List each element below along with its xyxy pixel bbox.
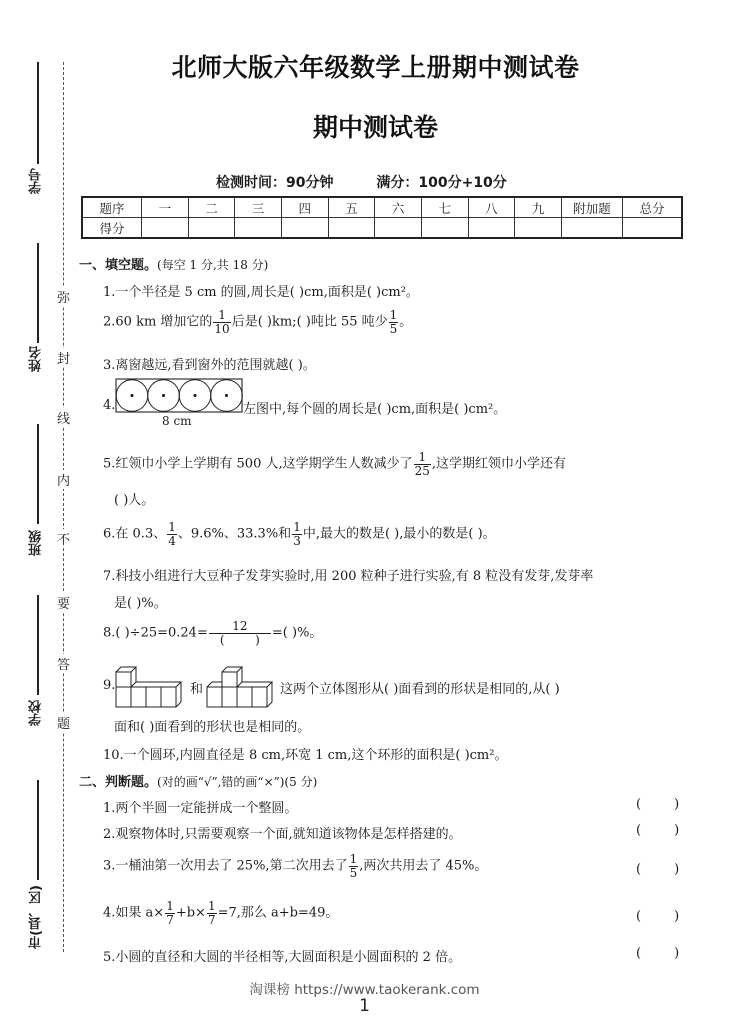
four-circles-figure	[115, 378, 243, 414]
denominator: 10	[213, 323, 230, 336]
q-text: ,这学期红领巾小学还有	[432, 457, 566, 472]
student-id-line[interactable]	[37, 62, 39, 164]
fraction: 110	[213, 309, 230, 335]
header-cell: 题序	[82, 197, 142, 218]
fill-q6: 6.在 0.3、14、9.6%、33.3%和13中,最大的数是( ),最小的数是…	[103, 521, 496, 547]
score-cell[interactable]	[468, 218, 515, 239]
q-text: 后是( )km;( )吨比 55 吨少	[232, 315, 388, 330]
seal-char: 题	[55, 713, 72, 732]
field-name: 姓名	[27, 346, 46, 372]
q-text: 3.一桶油第一次用去了 25%,第二次用去了	[103, 859, 348, 874]
header-cell: 八	[468, 197, 515, 218]
fill-q2: 2.60 km 增加它的110后是( )km;( )吨比 55 吨少15。	[103, 309, 412, 335]
seal-dashed-line	[63, 62, 64, 952]
judge-q5: 5.小圆的直径和大圆的半径相等,大圆面积是小圆面积的 2 倍。	[103, 946, 461, 965]
numerator: 1	[389, 309, 399, 323]
seal-char: 答	[55, 654, 72, 673]
seal-char: 要	[55, 593, 72, 612]
school-line[interactable]	[37, 595, 39, 695]
q-text: 5.红领巾小学上学期有 500 人,这学期学生人数减少了	[103, 457, 413, 472]
q-text: 2.60 km 增加它的	[103, 315, 212, 330]
denominator: 7	[207, 914, 217, 927]
fill-q5: 5.红领巾小学上学期有 500 人,这学期学生人数减少了125,这学期红领巾小学…	[103, 451, 566, 477]
q-text: +b×	[176, 906, 206, 921]
denominator: 5	[389, 323, 399, 336]
header-cell: 七	[421, 197, 468, 218]
fraction: 13	[292, 521, 302, 547]
field-student-id: 学号	[27, 168, 46, 194]
score-cell[interactable]	[188, 218, 235, 239]
q-text: =( )%。	[272, 626, 323, 641]
q-text: 8.( )÷25=0.24=	[103, 626, 208, 641]
denominator: 25	[414, 465, 431, 478]
header-cell: 五	[328, 197, 375, 218]
field-school: 学校	[27, 700, 46, 726]
q-text: ,两次共用去了 45%。	[359, 859, 487, 874]
q-text: =7,那么 a+b=49。	[218, 906, 339, 921]
score-cell[interactable]	[623, 218, 683, 239]
header-cell: 附加题	[562, 197, 623, 218]
answer-blank-2[interactable]: ( )	[636, 823, 679, 838]
page-number: 1	[0, 996, 729, 1016]
section-2-heading: 二、判断题。(对的画“√”,错的画“×”)(5 分)	[79, 771, 317, 790]
denominator: 5	[349, 867, 359, 880]
exam-meta: 检测时间：90分钟 满分：100分+10分	[216, 172, 545, 192]
q-text: 4.如果 a×	[103, 906, 164, 921]
header-cell: 六	[375, 197, 422, 218]
q-text: 。	[399, 315, 412, 330]
fill-q3: 3.离窗越远,看到窗外的范围就越( )。	[103, 354, 316, 373]
section-title: 一、填空题。	[79, 258, 157, 273]
fraction: 17	[207, 900, 217, 926]
numerator: 1	[207, 900, 217, 914]
header-cell: 四	[281, 197, 328, 218]
score-cell[interactable]	[562, 218, 623, 239]
numerator: 1	[165, 900, 175, 914]
fill-q9-and: 和	[190, 678, 203, 697]
judge-q4: 4.如果 a×17+b×17=7,那么 a+b=49。	[103, 900, 338, 926]
exam-time: 检测时间：90分钟	[216, 175, 333, 191]
header-cell: 一	[142, 197, 189, 218]
fill-q8: 8.( )÷25=0.24=12( )=( )%。	[103, 620, 322, 646]
fraction: 15	[389, 309, 399, 335]
judge-q3: 3.一桶油第一次用去了 25%,第二次用去了15,两次共用去了 45%。	[103, 853, 487, 879]
score-table-score-row: 得分	[82, 218, 682, 239]
fill-q5-cont: ( )人。	[114, 489, 154, 508]
score-cell[interactable]	[328, 218, 375, 239]
score-cell[interactable]	[142, 218, 189, 239]
q-text: 6.在 0.3、	[103, 527, 166, 542]
exam-full-score: 满分：100分+10分	[376, 175, 506, 191]
section-title: 二、判断题。	[79, 775, 157, 790]
watermark: 淘课榜 https://www.taokerank.com	[0, 978, 729, 998]
section-note: (每空 1 分,共 18 分)	[157, 258, 268, 272]
exam-title: 北师大版六年级数学上册期中测试卷	[0, 48, 729, 84]
denominator: 4	[167, 535, 177, 548]
header-cell: 九	[515, 197, 562, 218]
answer-blank-1[interactable]: ( )	[636, 797, 679, 812]
q-text: 、9.6%、33.3%和	[178, 527, 291, 542]
seal-char: 不	[55, 529, 72, 548]
fraction: 15	[349, 853, 359, 879]
exam-subtitle: 期中测试卷	[0, 108, 729, 144]
fill-q4: 左图中,每个圆的周长是( )cm,面积是( )cm²。	[243, 398, 506, 417]
score-table: 题序 一 二 三 四 五 六 七 八 九 附加题 总分 得分	[81, 196, 683, 239]
score-table-header-row: 题序 一 二 三 四 五 六 七 八 九 附加题 总分	[82, 197, 682, 218]
row-label: 得分	[82, 218, 142, 239]
field-class: 班级	[27, 530, 46, 556]
numerator: 1	[414, 451, 431, 465]
cube-figure-b	[205, 664, 287, 710]
numerator: 1	[213, 309, 230, 323]
numerator: 1	[349, 853, 359, 867]
seal-char: 线	[55, 408, 72, 427]
answer-blank-5[interactable]: ( )	[636, 946, 679, 961]
judge-q1: 1.两个半圆一定能拼成一个整圆。	[103, 797, 297, 816]
judge-q2: 2.观察物体时,只需要观察一个面,就知道该物体是怎样搭建的。	[103, 823, 462, 842]
seal-char: 弥	[55, 287, 72, 306]
header-cell: 二	[188, 197, 235, 218]
fill-q1: 1.一个半径是 5 cm 的圆,周长是( )cm,面积是( )cm²。	[103, 281, 419, 300]
numerator: 1	[167, 521, 177, 535]
answer-blank-4[interactable]: ( )	[636, 909, 679, 924]
header-cell: 三	[235, 197, 282, 218]
figure-width-label: 8 cm	[162, 414, 192, 428]
denominator: 3	[292, 535, 302, 548]
fraction: 17	[165, 900, 175, 926]
numerator: 12	[209, 620, 271, 634]
header-cell: 总分	[623, 197, 683, 218]
section-1-heading: 一、填空题。(每空 1 分,共 18 分)	[79, 254, 268, 273]
score-cell[interactable]	[375, 218, 422, 239]
score-cell[interactable]	[281, 218, 328, 239]
fill-q7: 7.科技小组进行大豆种子发芽实验时,用 200 粒种子进行实验,有 8 粒没有发…	[103, 565, 593, 584]
fill-q9-cont: 面和( )面看到的形状也是相同的。	[114, 716, 310, 735]
name-line[interactable]	[37, 243, 39, 343]
score-cell[interactable]	[235, 218, 282, 239]
fraction: 12( )	[209, 620, 271, 646]
cube-figure-a	[114, 664, 194, 710]
seal-char: 封	[55, 348, 72, 367]
numerator: 1	[292, 521, 302, 535]
score-cell[interactable]	[515, 218, 562, 239]
denominator: ( )	[209, 634, 271, 647]
fill-q7-cont: 是( )%。	[114, 592, 167, 611]
answer-blank-3[interactable]: ( )	[636, 862, 679, 877]
fraction: 125	[414, 451, 431, 477]
field-district: 市(县、区)	[27, 885, 46, 949]
section-note: (对的画“√”,错的画“×”)(5 分)	[157, 775, 317, 789]
fill-q9: 这两个立体图形从( )面看到的形状是相同的,从( )	[280, 678, 560, 697]
fraction: 14	[167, 521, 177, 547]
score-cell[interactable]	[421, 218, 468, 239]
denominator: 7	[165, 914, 175, 927]
district-line[interactable]	[37, 780, 39, 880]
fill-q4-num: 4.	[103, 398, 115, 413]
seal-char: 内	[55, 470, 72, 489]
q-text: 中,最大的数是( ),最小的数是( )。	[303, 527, 496, 542]
class-line[interactable]	[37, 424, 39, 524]
fill-q10: 10.一个圆环,内圆直径是 8 cm,环宽 1 cm,这个环形的面积是( )cm…	[103, 744, 507, 763]
